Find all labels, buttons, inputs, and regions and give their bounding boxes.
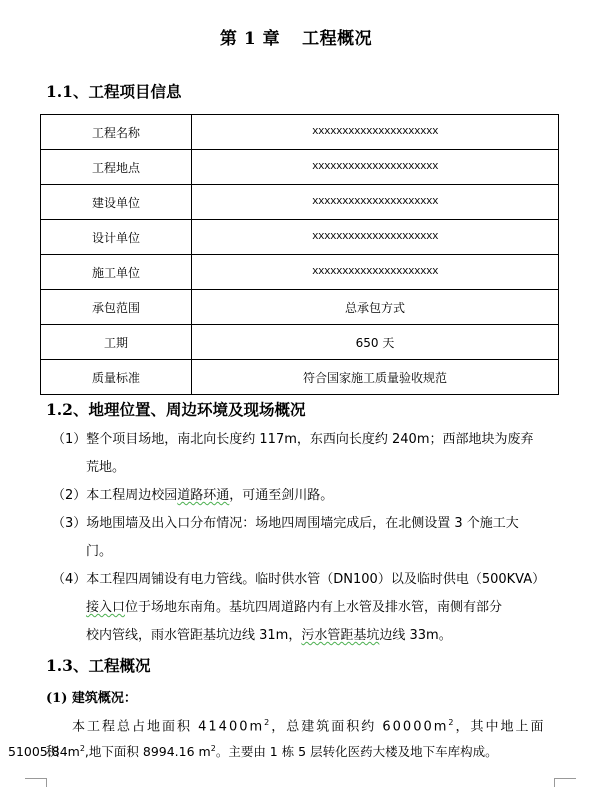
row-value: 符合国家施工质量验收规范 [192, 360, 559, 395]
item-1-line-2: 荒地。 [52, 454, 562, 482]
list-item: （1）整个项目场地，南北向长度约 117m，东西向长度约 240m；西部地块为废… [52, 426, 562, 482]
row-label: 工程地点 [41, 150, 192, 185]
text: 51005.84m [8, 744, 80, 759]
table-row: 质量标准符合国家施工质量验收规范 [41, 360, 559, 395]
item-4-line-2-text: 位于场地东南角。基坑四周道路内有上水管及排水管，南侧有部分 [125, 600, 502, 615]
row-value: xxxxxxxxxxxxxxxxxxxxx [192, 255, 559, 290]
spellcheck-flag: 道路环通 [177, 488, 229, 503]
page-corner-mark-left [25, 778, 47, 787]
row-value: 总承包方式 [192, 290, 559, 325]
row-value: 650 天 [192, 325, 559, 360]
row-label: 建设单位 [41, 185, 192, 220]
list-item: （3）场地围墙及出入口分布情况：场地四周围墙完成后，在北侧设置 3 个施工大 门… [52, 510, 562, 566]
table-row: 施工单位xxxxxxxxxxxxxxxxxxxxx [41, 255, 559, 290]
spellcheck-flag: 污水管距基坑 [301, 628, 379, 643]
row-label: 工期 [41, 325, 192, 360]
table-row: 设计单位xxxxxxxxxxxxxxxxxxxxx [41, 220, 559, 255]
item-4-line-3: 校内管线，雨水管距基坑边线 31m，污水管距基坑边线 33m。 [52, 622, 562, 650]
project-info-table: 工程名称xxxxxxxxxxxxxxxxxxxxx 工程地点xxxxxxxxxx… [40, 114, 559, 395]
row-value: xxxxxxxxxxxxxxxxxxxxx [192, 185, 559, 220]
item-3-line-2: 门。 [52, 538, 562, 566]
item-4-line-3-text-a: 校内管线，雨水管距基坑边线 31m， [86, 628, 301, 643]
row-value: xxxxxxxxxxxxxxxxxxxxx [192, 150, 559, 185]
section-heading-1-1: 1.1、工程项目信息 [46, 80, 181, 102]
row-label: 工程名称 [41, 115, 192, 150]
table-row: 建设单位xxxxxxxxxxxxxxxxxxxxx [41, 185, 559, 220]
item-4-line-3-text-b: 边线 33m。 [379, 628, 451, 643]
item-3-line-1: （3）场地围墙及出入口分布情况：场地四周围墙完成后，在北侧设置 3 个施工大 [52, 516, 519, 531]
row-value: xxxxxxxxxxxxxxxxxxxxx [192, 115, 559, 150]
table-row: 工程地点xxxxxxxxxxxxxxxxxxxxx [41, 150, 559, 185]
item-2-text-a: （2）本工程周边校园 [52, 488, 177, 503]
list-item: （4）本工程四周铺设有电力管线。临时供水管（DN100）以及临时供电（500KV… [52, 566, 562, 650]
text: 本工程总占地面积 41400m [72, 719, 264, 734]
chapter-number: 第 1 章 [220, 29, 280, 49]
section-heading-1-2: 1.2、地理位置、周边环境及现场概况 [46, 398, 305, 420]
text: 。主要由 1 栋 5 层转化医药大楼及地下车库构成。 [216, 744, 498, 759]
spellcheck-flag: 接入口 [86, 600, 125, 615]
item-1-line-1: （1）整个项目场地，南北向长度约 117m，东西向长度约 240m；西部地块为废… [52, 432, 534, 447]
row-label: 设计单位 [41, 220, 192, 255]
list-item: （2）本工程周边校园道路环通，可通至剑川路。 [52, 482, 562, 510]
row-value: xxxxxxxxxxxxxxxxxxxxx [192, 220, 559, 255]
row-label: 质量标准 [41, 360, 192, 395]
chapter-title: 第 1 章工程概况 [0, 24, 592, 49]
building-overview-line-2: 51005.84m2,地下面积 8994.16 m2。主要由 1 栋 5 层转化… [8, 736, 568, 765]
section-heading-1-3: 1.3、工程概况 [46, 654, 150, 676]
text: ,地下面积 8994.16 m [85, 744, 211, 759]
row-label: 施工单位 [41, 255, 192, 290]
item-2-text-b: ，可通至剑川路。 [229, 488, 333, 503]
page-corner-mark-right [554, 778, 576, 787]
item-4-line-1: （4）本工程四周铺设有电力管线。临时供水管（DN100）以及临时供电（500KV… [52, 572, 545, 587]
table-row: 工程名称xxxxxxxxxxxxxxxxxxxxx [41, 115, 559, 150]
item-4-line-2: 接入口位于场地东南角。基坑四周道路内有上水管及排水管，南侧有部分 [52, 594, 562, 622]
row-label: 承包范围 [41, 290, 192, 325]
table-row: 承包范围总承包方式 [41, 290, 559, 325]
chapter-name: 工程概况 [302, 29, 372, 49]
table-row: 工期650 天 [41, 325, 559, 360]
sub-heading-building-overview: (1) 建筑概况： [46, 687, 137, 706]
superscript: 2 [448, 718, 455, 727]
text: ，总建筑面积约 60000m [271, 719, 448, 734]
